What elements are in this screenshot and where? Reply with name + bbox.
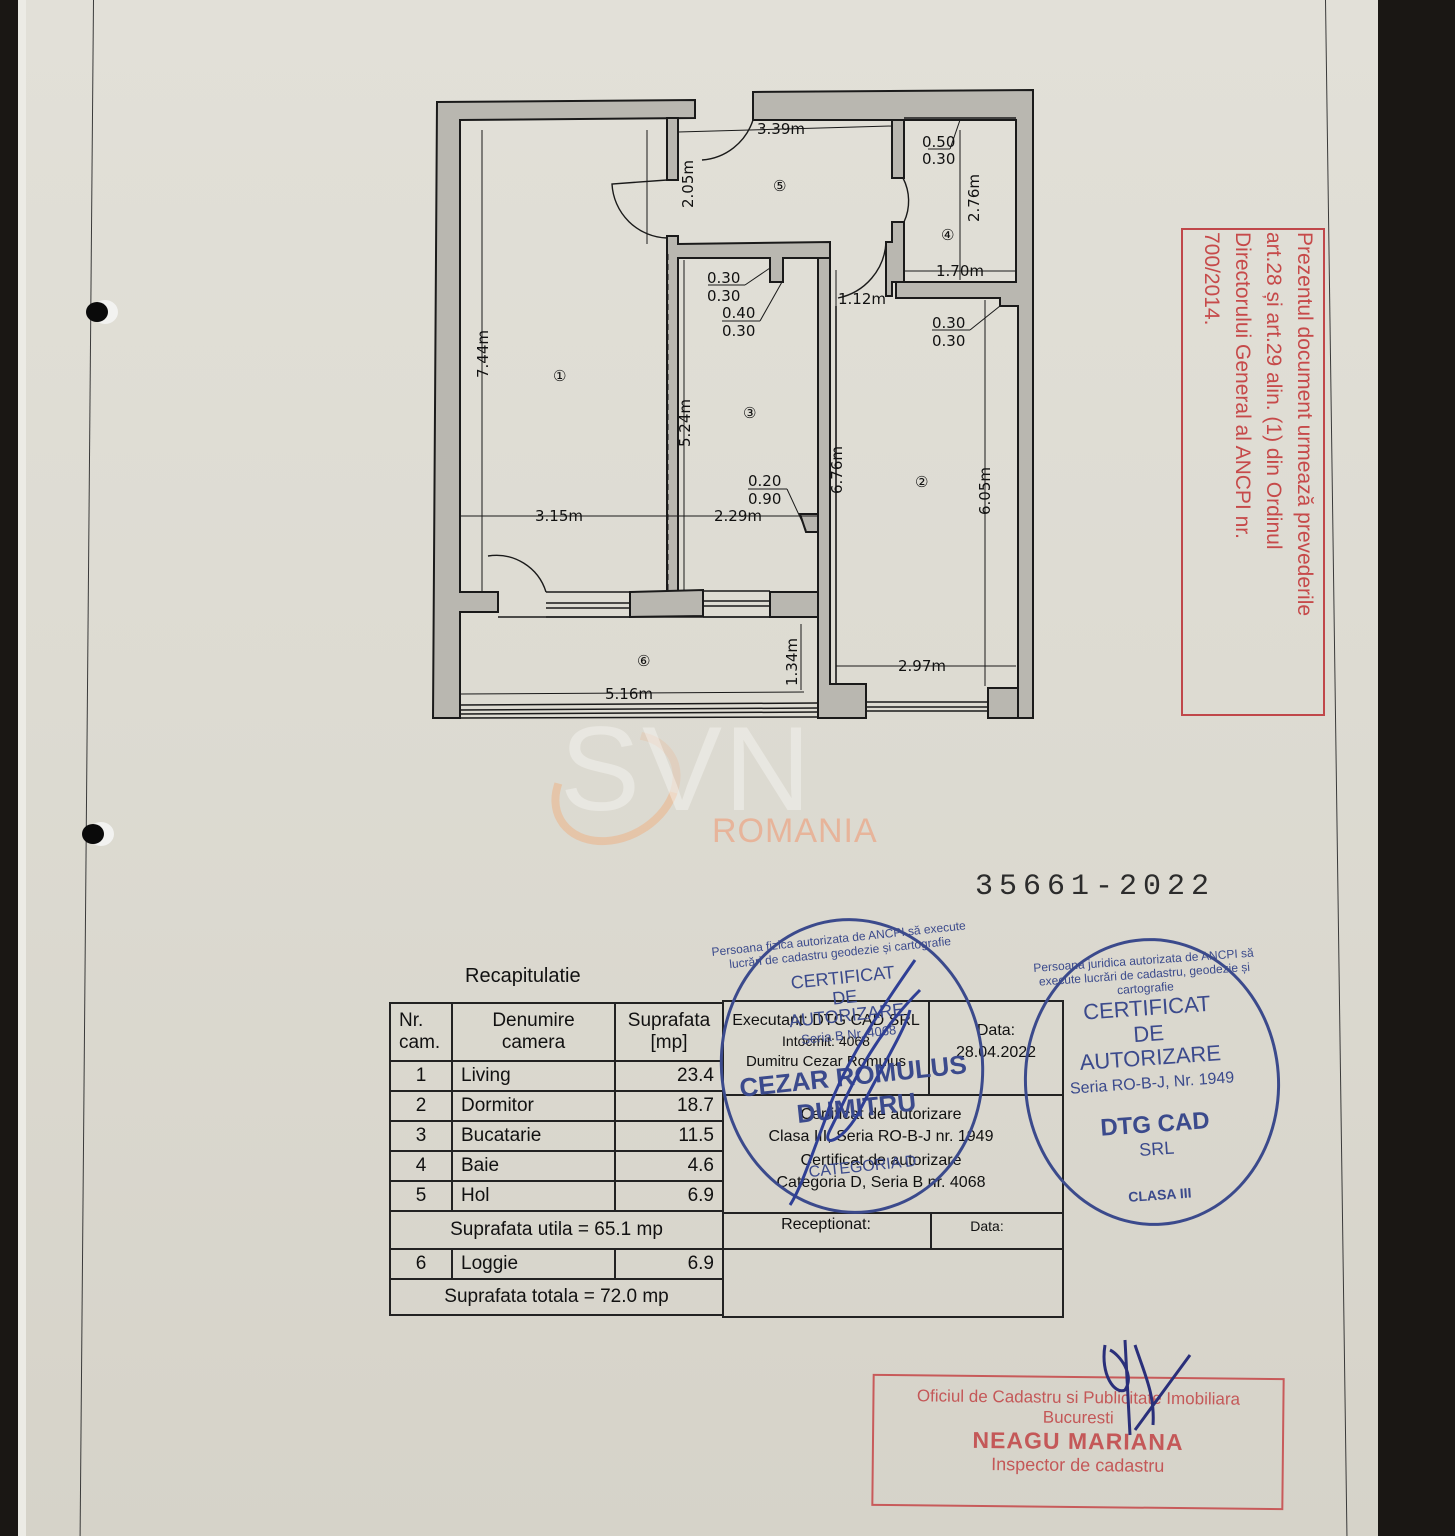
ocpi-inspector-role: Inspector de cadastru <box>874 1453 1282 1478</box>
wall-right-outer <box>753 90 1033 718</box>
table-row: 6 Loggie 6.9 <box>390 1249 723 1279</box>
pillar-label: 0.40 <box>722 304 755 322</box>
legal-notice-line: art.28 și art.29 alin. (1) din Ordinul <box>1258 232 1289 712</box>
dim-hol-width: 3.39m <box>757 120 805 138</box>
dim-dormitor-outer-height: 6.76m <box>828 446 846 494</box>
dim-hol-height: 2.05m <box>679 160 697 208</box>
legal-notice-line: Prezentul document urmează prevederile <box>1289 232 1320 712</box>
pillar-label: 0.30 <box>932 332 965 350</box>
signature-inspector <box>1095 1335 1205 1445</box>
cell-area: 6.9 <box>615 1249 723 1279</box>
cell-name: Living <box>452 1061 615 1091</box>
recap-table: Nr.cam. Denumirecamera Suprafata[mp] 1 L… <box>389 1002 724 1316</box>
watermark-country: ROMANIA <box>712 812 878 851</box>
dim-baie-height: 2.76m <box>965 174 983 222</box>
header-area: Suprafata[mp] <box>615 1003 723 1061</box>
cell-name: Loggie <box>452 1249 615 1279</box>
cell-area: 23.4 <box>615 1061 723 1091</box>
ocpi-stamp: Oficiul de Cadastru si Publicitate Imobi… <box>871 1374 1284 1510</box>
registration-number: 35661-2022 <box>975 870 1215 904</box>
grand-total-row: Suprafata totala = 72.0 mp <box>390 1279 723 1315</box>
cell-nr: 5 <box>390 1181 452 1211</box>
dim-loggie-height: 1.34m <box>783 638 801 686</box>
cell-area: 6.9 <box>615 1181 723 1211</box>
room-number-5: ⑤ <box>773 177 786 195</box>
signature-executant <box>730 950 960 1210</box>
useful-total: Suprafata utila = 65.1 mp <box>390 1211 723 1249</box>
cell-nr: 1 <box>390 1061 452 1091</box>
pillar-label: 0.30 <box>932 314 965 332</box>
pillar-label: 0.20 <box>748 472 781 490</box>
header-name: Denumirecamera <box>452 1003 615 1061</box>
cell-nr: 6 <box>390 1249 452 1279</box>
pillar-label: 0.90 <box>748 490 781 508</box>
cell-name: Dormitor <box>452 1091 615 1121</box>
cell-nr: 2 <box>390 1091 452 1121</box>
recap-title: Recapitulatie <box>465 965 581 988</box>
cell-nr: 3 <box>390 1121 452 1151</box>
cell-area: 18.7 <box>615 1091 723 1121</box>
cell-name: Baie <box>452 1151 615 1181</box>
cell-name: Hol <box>452 1181 615 1211</box>
cell-name: Bucatarie <box>452 1121 615 1151</box>
pillar-label: 0.50 <box>922 133 955 151</box>
table-row: 5 Hol 6.9 <box>390 1181 723 1211</box>
legal-notice-line: Directorului General al ANCPI nr. <box>1227 232 1258 712</box>
dim-bucatarie-width: 2.29m <box>714 507 762 525</box>
useful-total-row: Suprafata utila = 65.1 mp <box>390 1211 723 1249</box>
received-label: Receptionat: <box>726 1216 926 1234</box>
wall-living-outer <box>433 100 695 718</box>
room-number-4: ④ <box>941 226 954 244</box>
dim-living-width: 3.15m <box>535 507 583 525</box>
table-row: 1 Living 23.4 <box>390 1061 723 1091</box>
dim-bucatarie-height: 5.24m <box>676 399 694 447</box>
pillar-label: 0.30 <box>707 269 740 287</box>
cell-nr: 4 <box>390 1151 452 1181</box>
dim-passage: 1.12m <box>838 290 886 308</box>
room-number-2: ② <box>915 473 928 491</box>
legal-notice-text: Prezentul document urmează prevederile a… <box>1196 232 1320 712</box>
dim-living-height: 7.44m <box>474 330 492 378</box>
legal-notice-line: 700/2014. <box>1196 232 1227 712</box>
pillar-label: 0.30 <box>707 287 740 305</box>
cell-area: 11.5 <box>615 1121 723 1151</box>
table-row: 3 Bucatarie 11.5 <box>390 1121 723 1151</box>
table-header-row: Nr.cam. Denumirecamera Suprafata[mp] <box>390 1003 723 1061</box>
room-number-6: ⑥ <box>637 652 650 670</box>
grand-total: Suprafata totala = 72.0 mp <box>390 1279 723 1315</box>
room-number-1: ① <box>553 367 566 385</box>
room-number-3: ③ <box>743 404 756 422</box>
dim-dormitor-width: 2.97m <box>898 657 946 675</box>
ocpi-office: Oficiul de Cadastru si Publicitate Imobi… <box>874 1386 1282 1410</box>
ocpi-inspector-name: NEAGU MARIANA <box>874 1426 1282 1457</box>
cell-area: 4.6 <box>615 1151 723 1181</box>
dim-dormitor-height: 6.05m <box>976 467 994 515</box>
table-row: 2 Dormitor 18.7 <box>390 1091 723 1121</box>
received-date-label: Data: <box>932 1218 1042 1234</box>
dim-baie-width: 1.70m <box>936 262 984 280</box>
header-nr: Nr.cam. <box>390 1003 452 1061</box>
pillar-label: 0.30 <box>722 322 755 340</box>
table-row: 4 Baie 4.6 <box>390 1151 723 1181</box>
pillar-label: 0.30 <box>922 150 955 168</box>
